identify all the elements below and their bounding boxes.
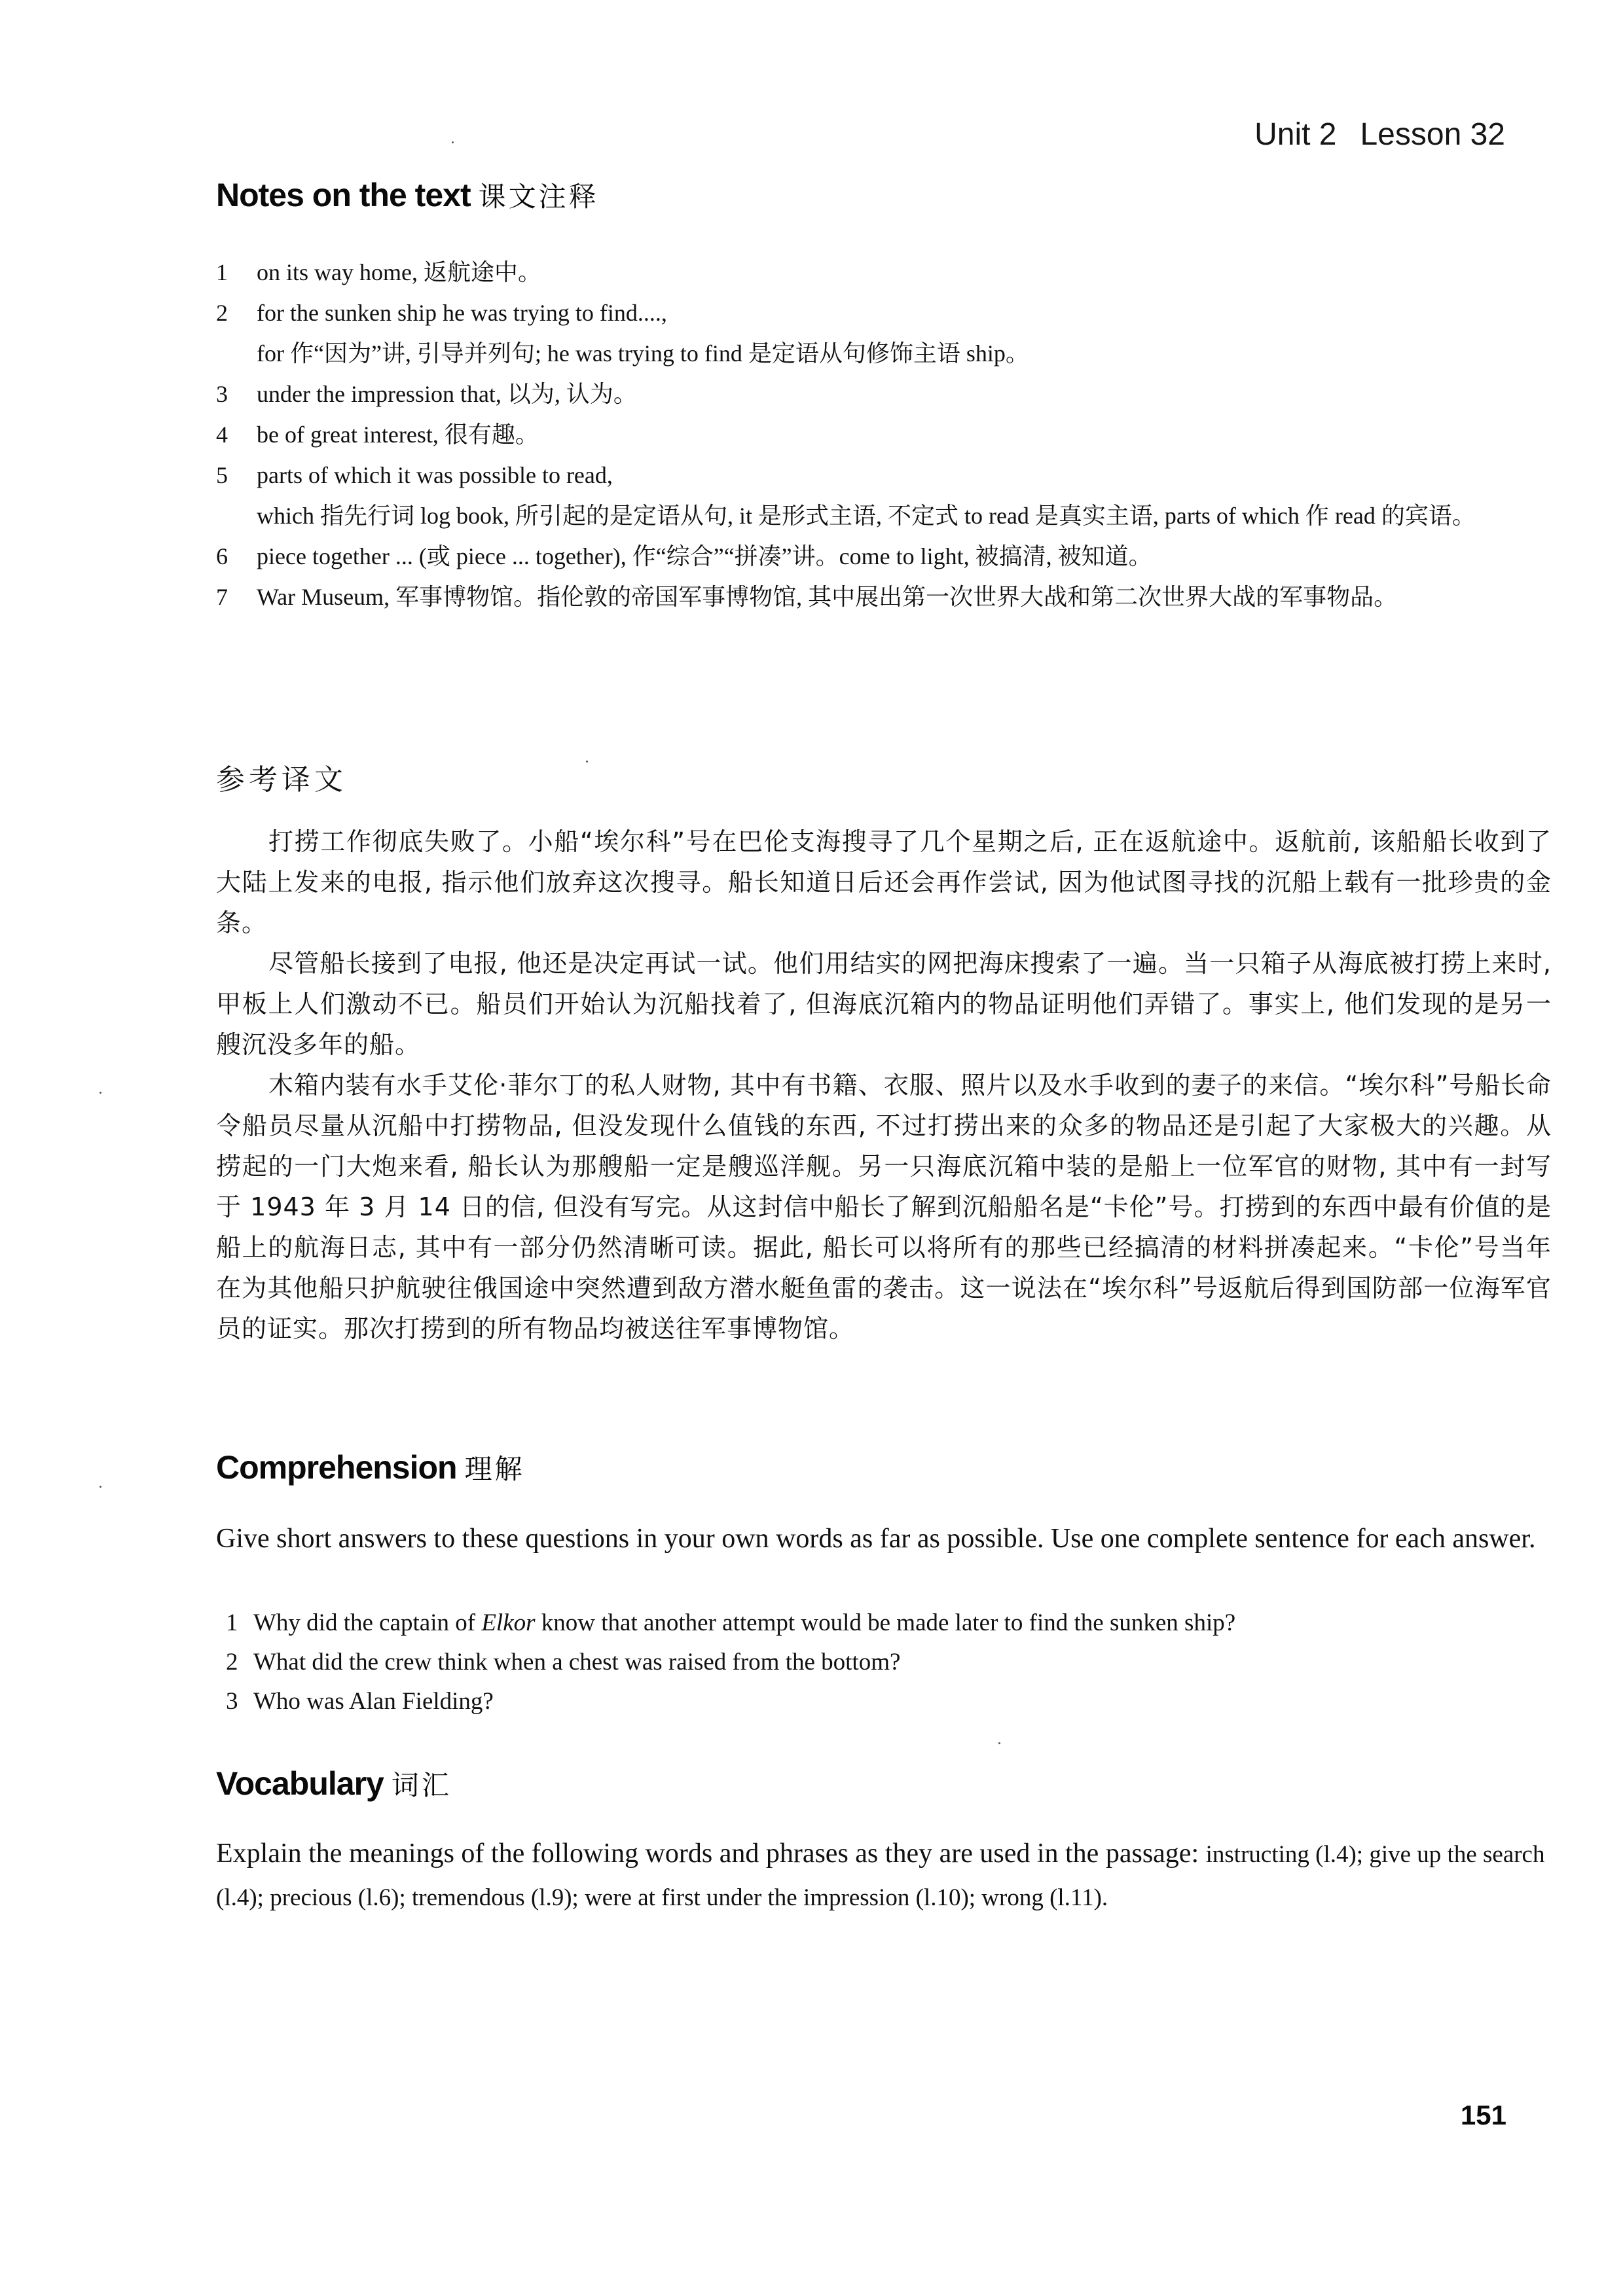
- translation-paragraph: 打捞工作彻底失败了。小船“埃尔科”号在巴伦支海搜寻了几个星期之后, 正在返航途中…: [216, 821, 1552, 943]
- lesson-label: Lesson 32: [1360, 117, 1505, 152]
- note-number: 1: [216, 252, 257, 293]
- note-number: 7: [216, 577, 257, 617]
- question-text-part: know that another attempt would be made …: [536, 1609, 1236, 1636]
- vocabulary-heading-en: Vocabulary: [216, 1765, 384, 1802]
- vocabulary-heading-zh: 词汇: [392, 1769, 452, 1801]
- note-number: 6: [216, 536, 257, 577]
- question-item: 2 What did the crew think when a chest w…: [226, 1643, 1561, 1682]
- question-number: 2: [226, 1643, 253, 1682]
- note-item: 5 parts of which it was possible to read…: [216, 455, 1558, 536]
- notes-heading-zh: 课文注释: [479, 181, 599, 213]
- vocabulary-instructions: Explain the meanings of the following wo…: [216, 1833, 1558, 1919]
- comprehension-heading: Comprehension理解: [216, 1448, 525, 1487]
- unit-label: Unit 2: [1254, 117, 1336, 152]
- notes-heading-en: Notes on the text: [216, 177, 471, 213]
- running-header: Unit 2Lesson 32: [1254, 117, 1505, 152]
- scan-speck: [452, 141, 454, 143]
- translation-heading: 参考译文: [216, 756, 347, 798]
- note-item: 2 for the sunken ship he was trying to f…: [216, 293, 1558, 374]
- scan-speck: [100, 1092, 101, 1094]
- question-number: 3: [226, 1682, 253, 1721]
- note-item: 4 be of great interest, 很有趣。: [216, 414, 1558, 455]
- note-number: 2: [216, 293, 257, 374]
- vocabulary-heading: Vocabulary词汇: [216, 1764, 452, 1803]
- note-text: on its way home, 返航途中。: [257, 252, 1558, 293]
- question-text: Who was Alan Fielding?: [253, 1682, 494, 1721]
- scan-speck: [998, 1742, 1000, 1744]
- question-text: Why did the captain of Elkor know that a…: [253, 1604, 1235, 1643]
- notes-list: 1 on its way home, 返航途中。 2 for the sunke…: [216, 252, 1558, 617]
- scan-speck: [586, 761, 588, 762]
- translation-paragraph: 木箱内装有水手艾伦·菲尔丁的私人财物, 其中有书籍、衣服、照片以及水手收到的妻子…: [216, 1065, 1552, 1349]
- translation-paragraph: 尽管船长接到了电报, 他还是决定再试一试。他们用结实的网把海床搜索了一遍。当一只…: [216, 943, 1552, 1065]
- note-item: 6 piece together ... (或 piece ... togeth…: [216, 536, 1558, 577]
- note-text: parts of which it was possible to read,: [257, 455, 1558, 495]
- note-number: 3: [216, 374, 257, 414]
- note-text: under the impression that, 以为, 认为。: [257, 374, 1558, 414]
- note-explanation: which 指先行词 log book, 所引起的是定语从句, it 是形式主语…: [257, 495, 1558, 536]
- note-explanation: for 作“因为”讲, 引导并列句; he was trying to find…: [257, 333, 1558, 374]
- question-number: 1: [226, 1604, 253, 1643]
- notes-heading: Notes on the text课文注释: [216, 175, 599, 215]
- note-text: War Museum, 军事博物馆。指伦敦的帝国军事博物馆, 其中展出第一次世界…: [257, 577, 1558, 617]
- translation-body: 打捞工作彻底失败了。小船“埃尔科”号在巴伦支海搜寻了几个星期之后, 正在返航途中…: [216, 821, 1552, 1349]
- page-number: 151: [1461, 2100, 1506, 2131]
- note-number: 4: [216, 414, 257, 455]
- note-number: 5: [216, 455, 257, 536]
- comprehension-heading-en: Comprehension: [216, 1449, 457, 1486]
- note-text: for the sunken ship he was trying to fin…: [257, 293, 1558, 333]
- note-text: be of great interest, 很有趣。: [257, 414, 1558, 455]
- comprehension-heading-zh: 理解: [465, 1453, 525, 1485]
- note-item: 7 War Museum, 军事博物馆。指伦敦的帝国军事博物馆, 其中展出第一次…: [216, 577, 1558, 617]
- question-item: 1 Why did the captain of Elkor know that…: [226, 1604, 1561, 1643]
- note-text: piece together ... (或 piece ... together…: [257, 536, 1558, 577]
- note-item: 1 on its way home, 返航途中。: [216, 252, 1558, 293]
- ship-name: Elkor: [481, 1609, 535, 1636]
- question-item: 3 Who was Alan Fielding?: [226, 1682, 1561, 1721]
- question-text: What did the crew think when a chest was…: [253, 1643, 900, 1682]
- question-text-part: Why did the captain of: [253, 1609, 481, 1636]
- comprehension-instructions: Give short answers to these questions in…: [216, 1518, 1558, 1559]
- comprehension-questions: 1 Why did the captain of Elkor know that…: [226, 1604, 1561, 1721]
- vocabulary-intro: Explain the meanings of the following wo…: [216, 1839, 1199, 1869]
- note-item: 3 under the impression that, 以为, 认为。: [216, 374, 1558, 414]
- scan-speck: [100, 1486, 101, 1488]
